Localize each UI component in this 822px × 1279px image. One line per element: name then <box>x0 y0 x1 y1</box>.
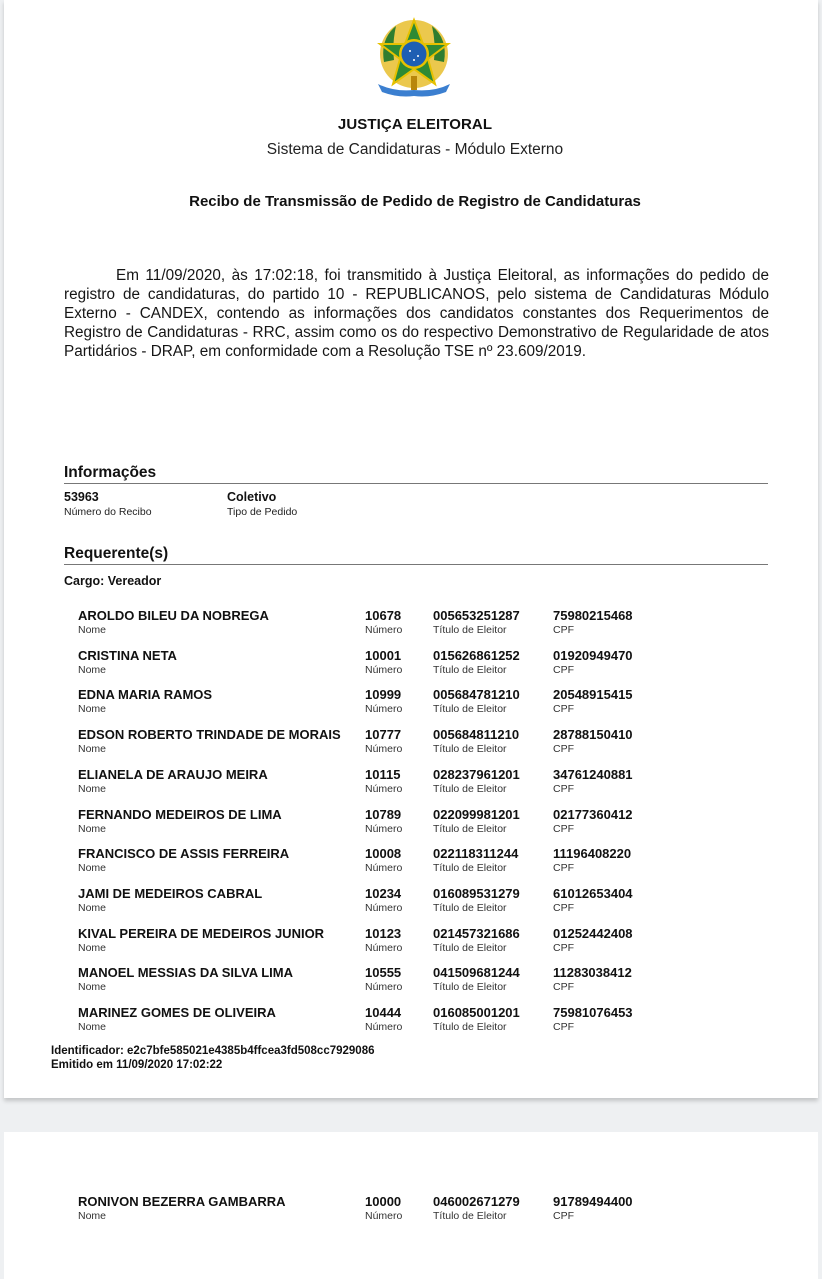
candidate-row: RONIVON BEZERRA GAMBARRA Nome 10000 Núme… <box>4 1194 822 1226</box>
cell-cpf: 02177360412 CPF <box>553 807 633 835</box>
cell-nome: FERNANDO MEDEIROS DE LIMA Nome <box>78 807 282 835</box>
candidate-row: JAMI DE MEDEIROS CABRAL Nome 10234 Númer… <box>4 886 822 918</box>
cell-nome: FRANCISCO DE ASSIS FERREIRA Nome <box>78 846 289 874</box>
cell-numero: 10008 Número <box>365 846 402 874</box>
candidate-cpf: 11283038412 <box>553 965 632 980</box>
candidate-cpf-label: CPF <box>553 1210 633 1222</box>
brasao-republica-icon <box>374 14 454 100</box>
candidate-row: AROLDO BILEU DA NOBREGA Nome 10678 Númer… <box>4 608 822 640</box>
candidate-titulo: 028237961201 <box>433 767 520 782</box>
candidate-titulo: 005684811210 <box>433 727 519 742</box>
candidate-nome-label: Nome <box>78 703 212 715</box>
candidate-cpf-label: CPF <box>553 981 632 993</box>
candidate-nome: CRISTINA NETA <box>78 648 177 663</box>
cell-numero: 10234 Número <box>365 886 402 914</box>
cell-nome: ELIANELA DE ARAUJO MEIRA Nome <box>78 767 268 795</box>
cell-numero: 10555 Número <box>365 965 402 993</box>
organization-title: JUSTIÇA ELEITORAL <box>4 116 822 133</box>
candidate-titulo: 041509681244 <box>433 965 520 980</box>
cell-nome: RONIVON BEZERRA GAMBARRA Nome <box>78 1194 286 1222</box>
candidate-titulo: 015626861252 <box>433 648 520 663</box>
candidate-nome-label: Nome <box>78 981 293 993</box>
candidate-numero-label: Número <box>365 664 402 676</box>
candidate-nome: KIVAL PEREIRA DE MEDEIROS JUNIOR <box>78 926 324 941</box>
cell-titulo: 022118311244 Título de Eleitor <box>433 846 518 874</box>
cell-numero: 10777 Número <box>365 727 402 755</box>
candidate-numero-label: Número <box>365 703 402 715</box>
cell-numero: 10444 Número <box>365 1005 402 1033</box>
cell-nome: AROLDO BILEU DA NOBREGA Nome <box>78 608 269 636</box>
cell-titulo: 015626861252 Título de Eleitor <box>433 648 520 676</box>
candidate-titulo-label: Título de Eleitor <box>433 783 520 795</box>
cell-titulo: 016085001201 Título de Eleitor <box>433 1005 520 1033</box>
candidate-nome: EDSON ROBERTO TRINDADE DE MORAIS <box>78 727 341 742</box>
candidate-nome: ELIANELA DE ARAUJO MEIRA <box>78 767 268 782</box>
issued-at: Emitido em 11/09/2020 17:02:22 <box>51 1059 222 1071</box>
candidate-titulo: 005684781210 <box>433 687 520 702</box>
candidate-titulo-label: Título de Eleitor <box>433 743 519 755</box>
intro-paragraph: Em 11/09/2020, às 17:02:18, foi transmit… <box>64 266 769 361</box>
cell-titulo: 016089531279 Título de Eleitor <box>433 886 520 914</box>
cell-nome: KIVAL PEREIRA DE MEDEIROS JUNIOR Nome <box>78 926 324 954</box>
candidate-row: MARINEZ GOMES DE OLIVEIRA Nome 10444 Núm… <box>4 1005 822 1037</box>
cell-cpf: 34761240881 CPF <box>553 767 633 795</box>
candidate-numero-label: Número <box>365 743 402 755</box>
candidate-titulo-label: Título de Eleitor <box>433 942 520 954</box>
candidate-nome: JAMI DE MEDEIROS CABRAL <box>78 886 262 901</box>
candidate-numero-label: Número <box>365 862 402 874</box>
cell-cpf: 75980215468 CPF <box>553 608 633 636</box>
candidate-numero: 10123 <box>365 926 402 941</box>
cell-titulo: 005653251287 Título de Eleitor <box>433 608 520 636</box>
candidate-cpf: 61012653404 <box>553 886 633 901</box>
candidate-row: FERNANDO MEDEIROS DE LIMA Nome 10789 Núm… <box>4 807 822 839</box>
candidate-numero: 10444 <box>365 1005 402 1020</box>
candidate-row: EDSON ROBERTO TRINDADE DE MORAIS Nome 10… <box>4 727 822 759</box>
candidate-cpf-label: CPF <box>553 624 633 636</box>
identifier: Identificador: e2c7bfe585021e4385b4ffcea… <box>51 1045 374 1057</box>
candidate-cpf: 20548915415 <box>553 687 633 702</box>
candidate-cpf: 75980215468 <box>553 608 633 623</box>
cell-cpf: 11283038412 CPF <box>553 965 632 993</box>
candidate-numero: 10999 <box>365 687 402 702</box>
candidate-nome: FRANCISCO DE ASSIS FERREIRA <box>78 846 289 861</box>
candidate-nome-label: Nome <box>78 743 341 755</box>
candidate-numero-label: Número <box>365 823 402 835</box>
candidate-cpf: 01920949470 <box>553 648 633 663</box>
candidate-nome: MARINEZ GOMES DE OLIVEIRA <box>78 1005 276 1020</box>
candidate-row: FRANCISCO DE ASSIS FERREIRA Nome 10008 N… <box>4 846 822 878</box>
candidate-cpf-label: CPF <box>553 783 633 795</box>
receipt-number: 53963 <box>64 490 99 504</box>
candidate-numero-label: Número <box>365 1210 402 1222</box>
candidate-nome-label: Nome <box>78 1021 276 1033</box>
candidate-numero-label: Número <box>365 624 402 636</box>
cell-titulo: 028237961201 Título de Eleitor <box>433 767 520 795</box>
section-requerentes-heading: Requerente(s) <box>64 545 768 565</box>
cell-numero: 10678 Número <box>365 608 402 636</box>
cell-cpf: 11196408220 CPF <box>553 846 631 874</box>
candidate-cpf: 34761240881 <box>553 767 633 782</box>
candidate-nome-label: Nome <box>78 664 177 676</box>
candidate-nome: RONIVON BEZERRA GAMBARRA <box>78 1194 286 1209</box>
cell-nome: EDSON ROBERTO TRINDADE DE MORAIS Nome <box>78 727 341 755</box>
candidate-nome: EDNA MARIA RAMOS <box>78 687 212 702</box>
candidate-numero: 10555 <box>365 965 402 980</box>
candidate-titulo: 046002671279 <box>433 1194 520 1209</box>
cell-titulo: 041509681244 Título de Eleitor <box>433 965 520 993</box>
candidate-nome-label: Nome <box>78 1210 286 1222</box>
cell-numero: 10001 Número <box>365 648 402 676</box>
candidate-cpf-label: CPF <box>553 743 633 755</box>
cell-nome: MANOEL MESSIAS DA SILVA LIMA Nome <box>78 965 293 993</box>
candidate-titulo: 005653251287 <box>433 608 520 623</box>
candidate-row: MANOEL MESSIAS DA SILVA LIMA Nome 10555 … <box>4 965 822 997</box>
candidate-cpf: 11196408220 <box>553 846 631 861</box>
candidate-titulo-label: Título de Eleitor <box>433 1210 520 1222</box>
candidate-cpf-label: CPF <box>553 862 631 874</box>
candidate-row: CRISTINA NETA Nome 10001 Número 01562686… <box>4 648 822 680</box>
cell-cpf: 75981076453 CPF <box>553 1005 633 1033</box>
cell-titulo: 005684781210 Título de Eleitor <box>433 687 520 715</box>
candidate-titulo: 022099981201 <box>433 807 520 822</box>
candidate-nome-label: Nome <box>78 783 268 795</box>
candidate-cpf: 02177360412 <box>553 807 633 822</box>
candidate-titulo-label: Título de Eleitor <box>433 1021 520 1033</box>
candidate-numero: 10789 <box>365 807 402 822</box>
candidate-row: EDNA MARIA RAMOS Nome 10999 Número 00568… <box>4 687 822 719</box>
candidate-numero: 10008 <box>365 846 402 861</box>
cell-cpf: 20548915415 CPF <box>553 687 633 715</box>
cell-titulo: 005684811210 Título de Eleitor <box>433 727 519 755</box>
cell-titulo: 022099981201 Título de Eleitor <box>433 807 520 835</box>
cargo-label: Cargo: Vereador <box>64 574 161 588</box>
candidate-cpf-label: CPF <box>553 902 633 914</box>
candidate-nome: FERNANDO MEDEIROS DE LIMA <box>78 807 282 822</box>
candidate-cpf: 01252442408 <box>553 926 633 941</box>
candidate-numero: 10000 <box>365 1194 402 1209</box>
candidate-titulo-label: Título de Eleitor <box>433 624 520 636</box>
candidate-numero: 10777 <box>365 727 402 742</box>
candidate-cpf: 75981076453 <box>553 1005 633 1020</box>
candidate-cpf-label: CPF <box>553 1021 633 1033</box>
candidate-numero: 10678 <box>365 608 402 623</box>
document-title: Recibo de Transmissão de Pedido de Regis… <box>4 193 822 210</box>
candidate-titulo-label: Título de Eleitor <box>433 703 520 715</box>
candidate-nome-label: Nome <box>78 902 262 914</box>
candidate-nome: MANOEL MESSIAS DA SILVA LIMA <box>78 965 293 980</box>
candidate-titulo-label: Título de Eleitor <box>433 981 520 993</box>
candidate-nome-label: Nome <box>78 862 289 874</box>
candidate-nome: AROLDO BILEU DA NOBREGA <box>78 608 269 623</box>
cell-numero: 10999 Número <box>365 687 402 715</box>
candidate-titulo: 021457321686 <box>433 926 520 941</box>
cell-nome: JAMI DE MEDEIROS CABRAL Nome <box>78 886 262 914</box>
cell-numero: 10123 Número <box>365 926 402 954</box>
candidate-numero: 10001 <box>365 648 402 663</box>
candidate-cpf-label: CPF <box>553 703 633 715</box>
cell-cpf: 28788150410 CPF <box>553 727 633 755</box>
cell-titulo: 021457321686 Título de Eleitor <box>433 926 520 954</box>
candidate-cpf-label: CPF <box>553 942 633 954</box>
document-page-1: JUSTIÇA ELEITORAL Sistema de Candidatura… <box>4 0 818 1098</box>
candidate-numero-label: Número <box>365 902 402 914</box>
candidate-titulo-label: Título de Eleitor <box>433 664 520 676</box>
candidate-titulo-label: Título de Eleitor <box>433 862 518 874</box>
candidate-nome-label: Nome <box>78 823 282 835</box>
cell-cpf: 01920949470 CPF <box>553 648 633 676</box>
cell-numero: 10789 Número <box>365 807 402 835</box>
candidate-cpf: 28788150410 <box>553 727 633 742</box>
request-type-label: Tipo de Pedido <box>227 506 297 518</box>
document-page-2: RONIVON BEZERRA GAMBARRA Nome 10000 Núme… <box>4 1132 818 1279</box>
candidate-numero: 10115 <box>365 767 402 782</box>
cell-titulo: 046002671279 Título de Eleitor <box>433 1194 520 1222</box>
candidate-nome-label: Nome <box>78 624 269 636</box>
cell-nome: CRISTINA NETA Nome <box>78 648 177 676</box>
candidate-titulo-label: Título de Eleitor <box>433 902 520 914</box>
candidate-numero-label: Número <box>365 1021 402 1033</box>
candidate-row: KIVAL PEREIRA DE MEDEIROS JUNIOR Nome 10… <box>4 926 822 958</box>
cell-cpf: 91789494400 CPF <box>553 1194 633 1222</box>
cell-cpf: 01252442408 CPF <box>553 926 633 954</box>
receipt-number-label: Número do Recibo <box>64 506 152 518</box>
candidate-titulo: 016089531279 <box>433 886 520 901</box>
candidate-nome-label: Nome <box>78 942 324 954</box>
candidate-numero-label: Número <box>365 981 402 993</box>
section-informacoes-heading: Informações <box>64 464 768 484</box>
candidate-numero-label: Número <box>365 783 402 795</box>
cell-numero: 10115 Número <box>365 767 402 795</box>
cell-numero: 10000 Número <box>365 1194 402 1222</box>
candidate-titulo-label: Título de Eleitor <box>433 823 520 835</box>
cell-cpf: 61012653404 CPF <box>553 886 633 914</box>
cell-nome: MARINEZ GOMES DE OLIVEIRA Nome <box>78 1005 276 1033</box>
candidate-cpf-label: CPF <box>553 823 633 835</box>
candidate-numero: 10234 <box>365 886 402 901</box>
candidate-titulo: 016085001201 <box>433 1005 520 1020</box>
candidate-titulo: 022118311244 <box>433 846 518 861</box>
candidate-row: ELIANELA DE ARAUJO MEIRA Nome 10115 Núme… <box>4 767 822 799</box>
candidate-cpf-label: CPF <box>553 664 633 676</box>
candidate-numero-label: Número <box>365 942 402 954</box>
candidate-cpf: 91789494400 <box>553 1194 633 1209</box>
system-subtitle: Sistema de Candidaturas - Módulo Externo <box>4 141 822 159</box>
cell-nome: EDNA MARIA RAMOS Nome <box>78 687 212 715</box>
request-type: Coletivo <box>227 490 276 504</box>
